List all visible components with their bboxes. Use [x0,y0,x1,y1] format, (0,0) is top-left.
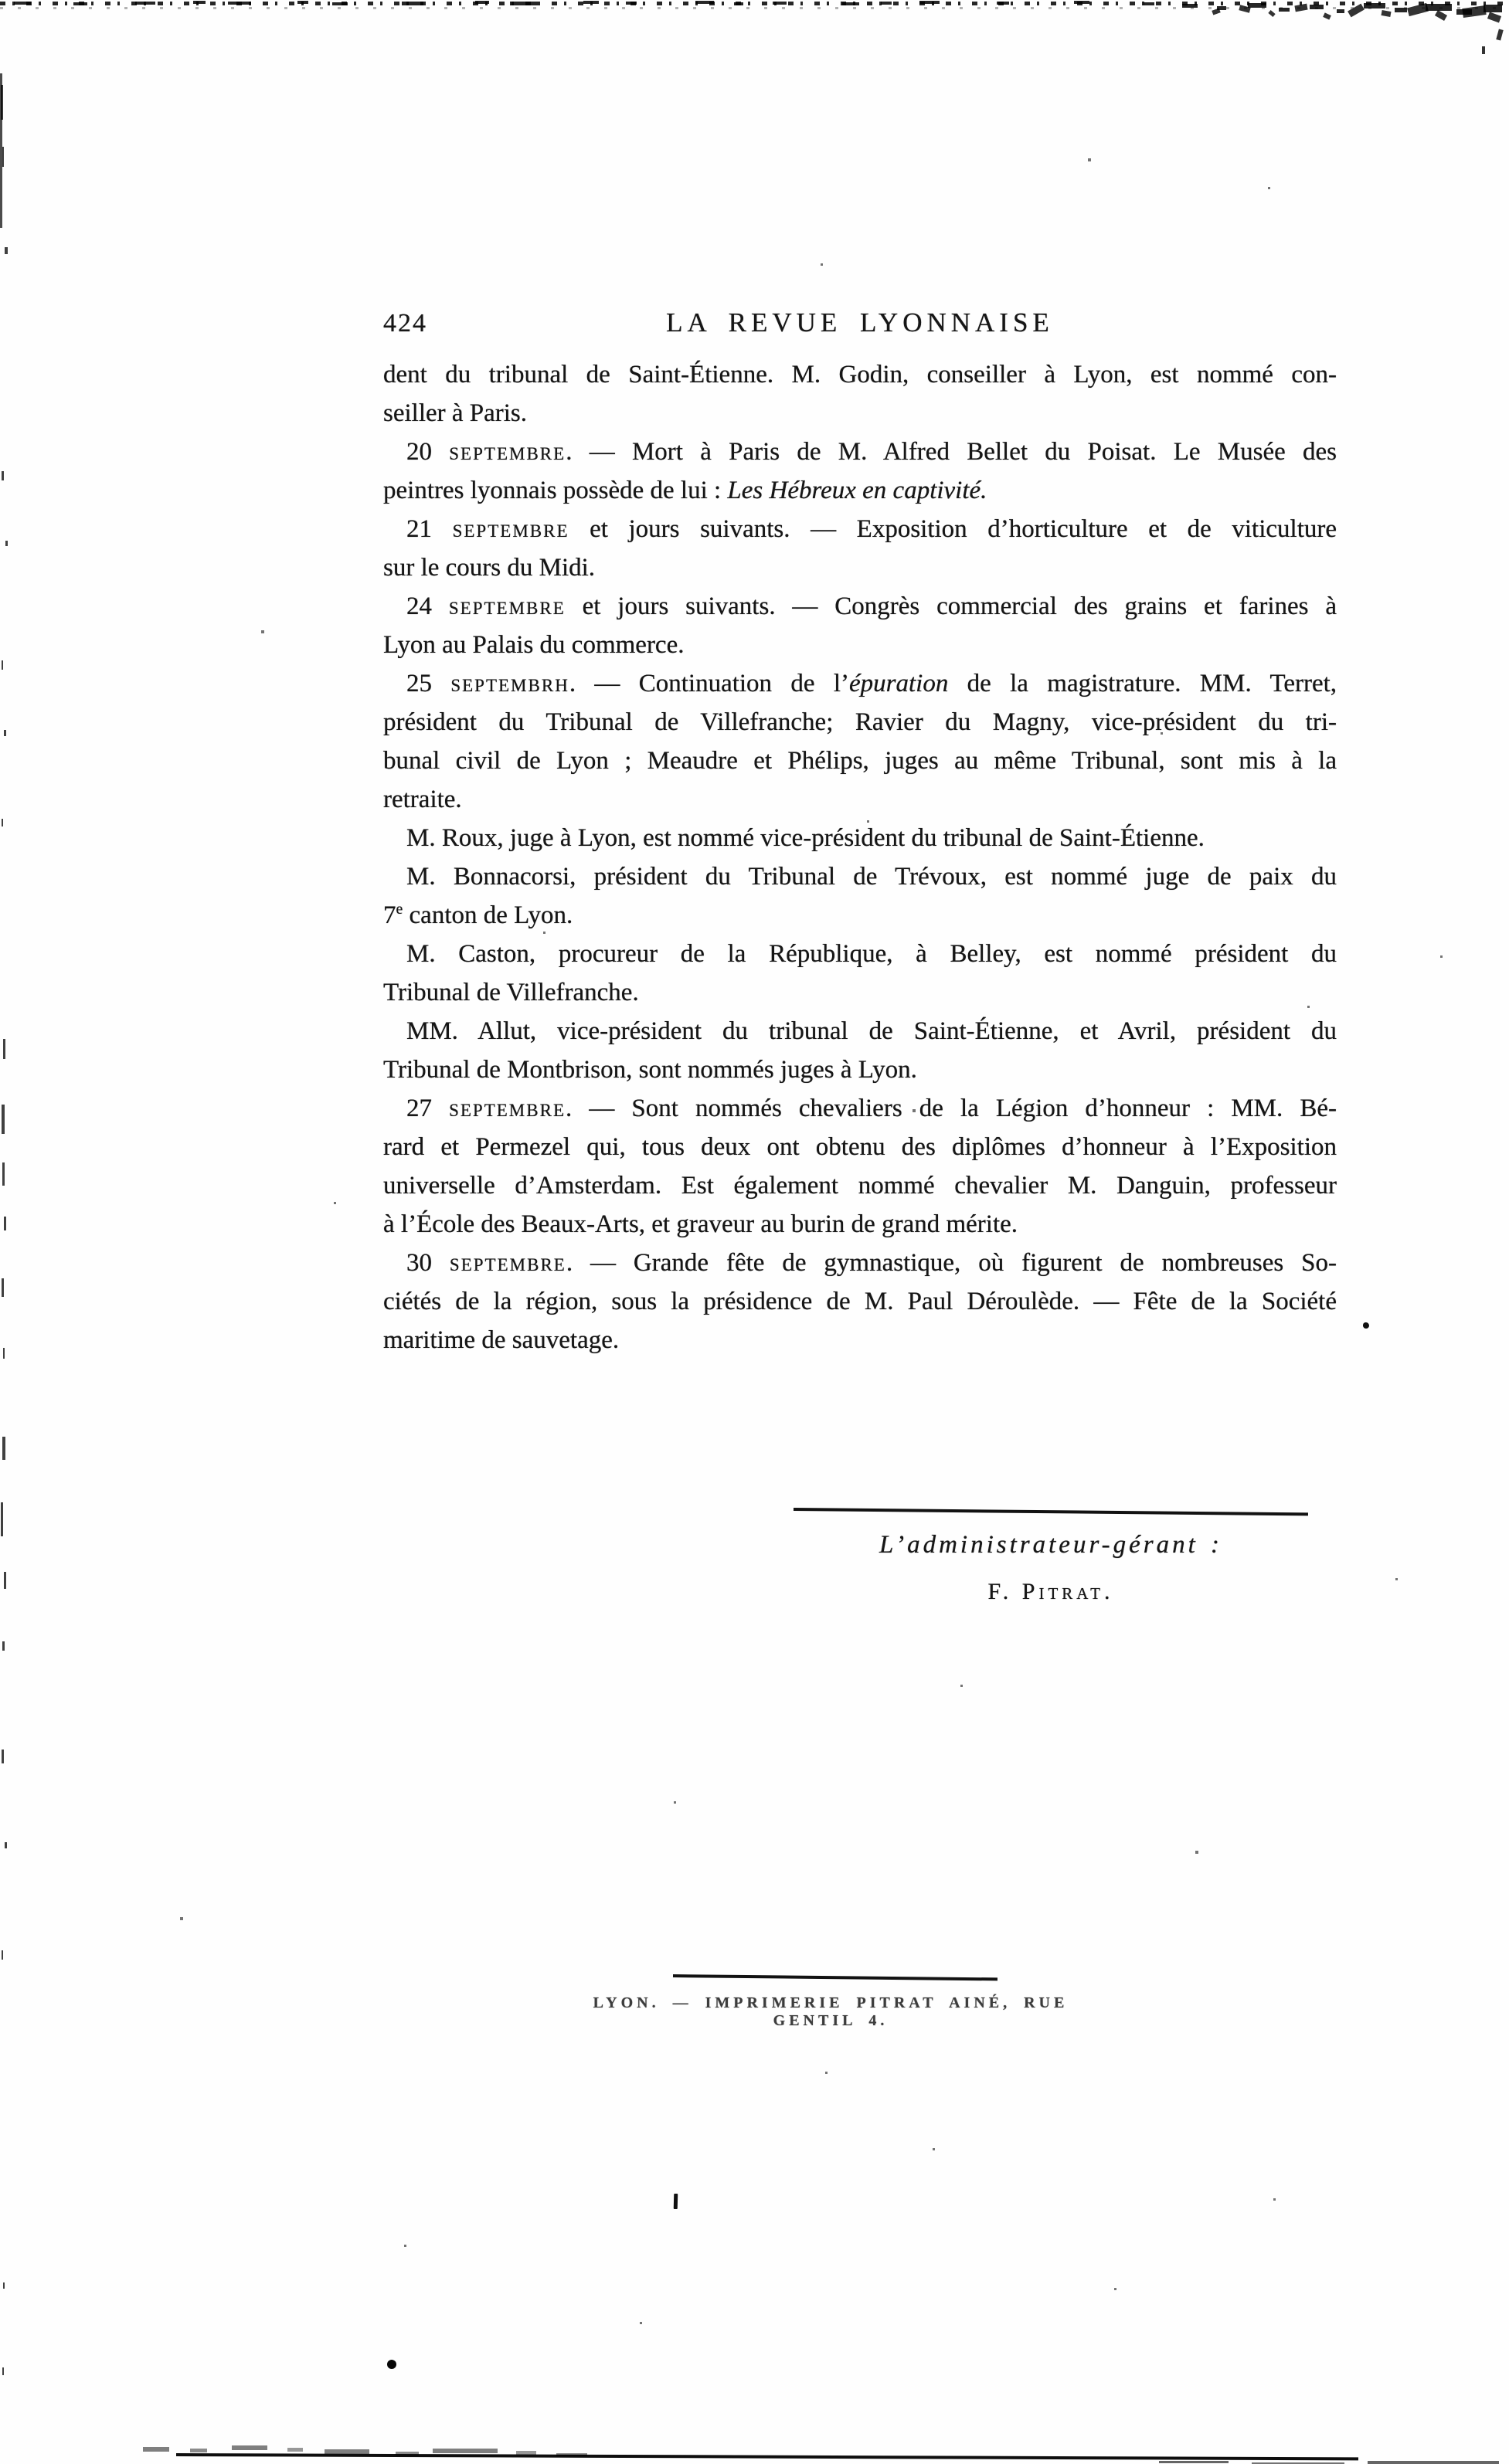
text-line: 21 septembre et jours suivants. — Exposi… [383,510,1337,548]
scan-speck [475,1,489,4]
imprint-text: LYON. — IMPRIMERIE PITRAT AINÉ, RUE GENT… [557,1994,1104,2030]
text-line: seiller à Paris. [383,394,1337,433]
scan-speck [695,1,714,4]
scan-speck [1395,1578,1398,1580]
scan-speck [734,2,743,5]
scan-speck [510,2,538,5]
signature-name: F. Pitrat. [794,1579,1308,1605]
scan-speck [180,1917,183,1920]
text-line: président du Tribunal de Villefranche; R… [383,703,1337,742]
scan-speck [5,541,8,546]
scan-speck [3,1039,5,1059]
scan-speck [261,630,264,633]
scan-speck [821,263,823,266]
body-text: dent du tribunal de Saint-Étienne. M. Go… [383,355,1337,1359]
scan-speck [1307,1006,1310,1008]
scan-speck [626,2,637,5]
scan-speck [1268,10,1275,17]
scan-speck [4,1217,6,1230]
scan-speck [3,2282,5,2289]
scan-speck [674,1801,676,1804]
scan-speck [2,2367,4,2375]
scan-speck [2,1750,4,1763]
scan-speck [433,2449,498,2453]
ink-dot [387,2360,396,2369]
scan-speck [73,2,87,5]
text-line: Lyon au Palais du commerce. [383,626,1337,664]
signature-divider-rule [794,1508,1308,1515]
scan-speck [919,1,940,4]
bottom-edge-line [176,2453,1358,2460]
scan-speck [228,2,251,5]
scan-speck [1487,12,1501,23]
text-line: ciétés de la région, sous la présidence … [383,1282,1337,1321]
scan-speck [773,2,787,5]
text-line: Tribunal de Montbrison, sont nommés juge… [383,1050,1337,1089]
scan-speck [2,1162,5,1186]
text-line: retraite. [383,780,1337,819]
scan-speck [825,2072,828,2074]
scan-speck [402,2,423,5]
scan-speck [881,2,892,5]
text-line: M. Roux, juge à Lyon, est nommé vice-pré… [383,819,1337,857]
text-line: à l’École des Beaux-Arts, et graveur au … [383,1205,1337,1244]
scan-speck [2,147,4,167]
scan-speck [143,2447,169,2452]
scan-speck [1273,2198,1276,2201]
scan-speck [1348,4,1365,18]
text-line: 24 septembre et jours suivants. — Congrè… [383,587,1337,626]
text-line: rard et Permezel qui, tous deux ont obte… [383,1128,1337,1166]
scan-speck [583,1,599,4]
scan-speck [556,2453,587,2456]
scan-speck [1,85,3,120]
scan-speck [1088,158,1091,161]
scan-speck [913,1109,916,1112]
scan-speck [2,1105,5,1134]
scan-speck [297,1,308,4]
scan-speck [1440,955,1443,958]
scan-speck [543,932,545,934]
stray-tick-mark [674,2194,678,2209]
scan-speck [1435,10,1447,21]
scan-speck [1159,2461,1229,2463]
scan-speck [842,2,859,5]
scan-speck [2,819,3,826]
scan-speck [14,2,31,5]
scan-speck [5,1842,7,1848]
scan-speck [867,820,869,823]
scan-speck [1395,8,1407,12]
scan-speck [2,1641,5,1651]
scan-speck [1364,3,1385,8]
scan-speck [404,2245,406,2247]
scan-speck [1310,5,1324,9]
text-line: dent du tribunal de Saint-Étienne. M. Go… [383,355,1337,394]
text-line: MM. Allut, vice-président du tribunal de… [383,1012,1337,1050]
scan-speck [4,1572,6,1589]
scan-speck [640,2322,642,2324]
scan-speck [2,1950,3,1960]
scan-speck [287,2448,303,2452]
scan-speck [1462,5,1486,18]
scan-speck [1074,1,1089,4]
scan-speck [1195,1851,1198,1854]
scan-speck [396,2452,419,2456]
scan-speck [1368,2461,1499,2464]
scan-speck [2,1437,5,1460]
scan-speck [325,2449,369,2454]
text-line: 30 septembre. — Grande fête de gymnastiq… [383,1244,1337,1282]
text-line: M. Bonnacorsi, président du Tribunal de … [383,857,1337,896]
scan-speck [516,2451,536,2455]
scan-speck [1,1502,3,1536]
scan-speck [1268,187,1270,189]
scan-speck [1279,8,1290,12]
page-header: 424 LA REVUE LYONNAISE [383,307,1337,341]
scan-speck [1496,29,1503,40]
scan-speck [1337,9,1344,13]
text-line: maritime de sauvetage. [383,1321,1337,1359]
scan-speck [190,2449,207,2452]
scan-speck [3,1348,5,1359]
signature-role: L’administrateur-gérant : [794,1531,1308,1560]
text-line: 25 septembrh. — Continuation de l’épurat… [383,664,1337,703]
scan-speck [933,2148,935,2150]
text-line: 7e canton de Lyon. [383,896,1337,935]
text-line: Tribunal de Villefranche. [383,973,1337,1012]
scanned-book-page: 424 LA REVUE LYONNAISE dent du tribunal … [0,0,1509,2464]
scan-speck [5,247,8,254]
scan-speck [135,2,155,5]
scan-speck [193,1,206,4]
scan-speck [960,1685,963,1687]
text-line: sur le cours du Midi. [383,548,1337,587]
scan-speck [334,1202,336,1204]
scan-speck [1381,10,1391,17]
text-line: peintres lyonnais possède de lui : Les H… [383,471,1337,510]
scan-speck [1182,4,1198,8]
scan-speck [4,730,6,736]
scan-speck [1161,732,1163,735]
text-line: 27 septembre. — Sont nommés chevaliers d… [383,1089,1337,1128]
scan-speck [1484,5,1502,12]
text-line: M. Caston, procureur de la République, à… [383,935,1337,973]
scan-speck [1482,46,1485,54]
text-line: 20 septembre. — Mort à Paris de M. Alfre… [383,433,1337,471]
scan-speck [232,2445,267,2450]
scan-speck [1144,2,1154,5]
scan-speck [332,2,348,5]
scan-speck [2,1278,4,1297]
scan-speck [2,660,3,670]
scan-speck [2,471,4,480]
journal-title: LA REVUE LYONNAISE [383,307,1337,338]
text-line: universelle d’Amsterdam. Est également n… [383,1166,1337,1205]
scan-speck [1323,12,1331,19]
scan-speck [1294,4,1307,12]
scan-speck [997,2,1009,5]
scan-speck [1114,2288,1116,2290]
imprint-divider-rule [673,1974,998,1980]
text-line: bunal civil de Lyon ; Meaudre et Phélips… [383,742,1337,780]
stray-dot-after-societe [1363,1322,1369,1329]
scan-speck [1426,4,1452,11]
scan-noise-top-band [0,2,1509,5]
